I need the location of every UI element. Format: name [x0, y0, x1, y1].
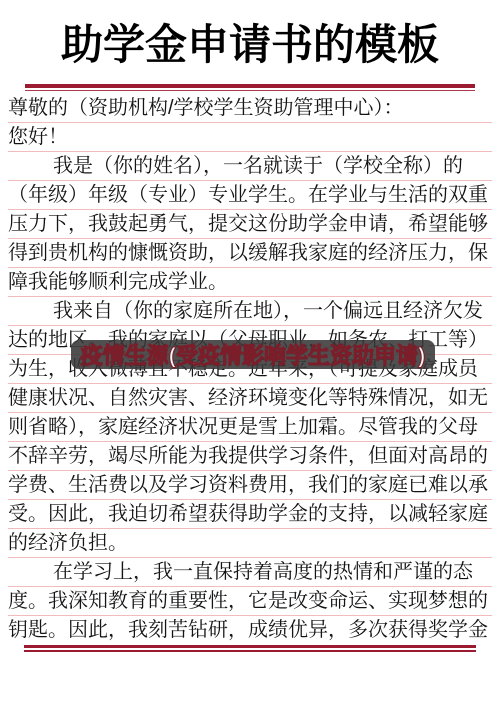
top-divider-rule — [25, 84, 475, 91]
page-title: 助学金申请书的模板 — [61, 12, 439, 72]
document-page: 助学金申请书的模板 尊敬的（资助机构/学校学生资助管理中心）： 您好！ 我是（你… — [0, 0, 500, 707]
document-line: 我是（你的姓名），一名就读于（学校全称）的 — [8, 152, 492, 181]
document-line: 则省略），家庭经济状况更是雪上加霜。尽管我的父母 — [8, 413, 492, 442]
document-line: 我来自（你的家庭所在地），一个偏远且经济欠发 — [8, 297, 492, 326]
document-line: 得到贵机构的慷慨资助，以缓解我家庭的经济压力，保 — [8, 239, 492, 268]
document-header: 助学金申请书的模板 — [0, 0, 500, 84]
document-line: 度。我深知教育的重要性，它是改变命运、实现梦想的 — [8, 587, 492, 616]
document-line: 压力下，我鼓起勇气，提交这份助学金申请，希望能够 — [8, 210, 492, 239]
document-line: （年级）年级（专业）专业学生。在学业与生活的双重 — [8, 181, 492, 210]
document-line: 钥匙。因此，我刻苦钻研，成绩优异，多次获得奖学金 — [8, 616, 492, 644]
document-line: 不辞辛劳，竭尽所能为我提供学习条件，但面对高昂的 — [8, 442, 492, 471]
document-line: 在学习上，我一直保持着高度的热情和严谨的态 — [8, 558, 492, 587]
document-line: 尊敬的（资助机构/学校学生资助管理中心）： — [8, 94, 492, 123]
document-line: 障我能够顺利完成学业。 — [8, 268, 492, 297]
document-line: 健康状况、自然灾害、经济环境变化等特殊情况，如无 — [8, 384, 492, 413]
document-line: 您好！ — [8, 123, 492, 152]
document-line: 学费、生活费以及学习资料费用，我们的家庭已难以承 — [8, 471, 492, 500]
watermark-badge: 疫情生源(受疫情影响学生资助申请) — [71, 340, 435, 369]
document-line: 的经济负担。 — [8, 529, 492, 558]
document-line: 受。因此，我迫切希望获得助学金的支持，以减轻家庭 — [8, 500, 492, 529]
bottom-divider-rule — [24, 645, 476, 652]
